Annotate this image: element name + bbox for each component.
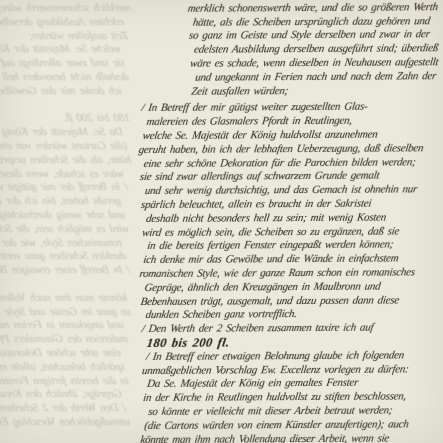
bleedthrough-line: könnte man ihm nach Vollendung dieser Ar… [0,292,132,306]
bleedthrough-line: unmaßgeblichen Vorschlag Ew. Excellenz v… [0,416,132,430]
manuscript-line: / In Betreff einer etwaigen Belohnung gl… [145,349,443,365]
manuscript-line: Zeit ausfallen würden; [190,84,443,100]
paragraph-3: / In Betreff einer etwaigen Belohnung gl… [139,349,443,443]
bleedthrough-line: / Den Werth der 2 Scheiben zusammen taxi… [0,402,132,416]
bleedthrough-line: 180 bis 200 fl. [0,112,132,126]
bleedthrough-line: und sehr wenig durchsichtig, und das Gem… [0,209,132,223]
recto-handwriting: nmw unvm wnu mnvw umn wvnum nwm uvn mwnu… [137,0,443,443]
manuscript-line: romanischen Style, wie der ganze Raum sc… [138,266,443,282]
bleedthrough-line: hätte, als die Scheiben ursprünglich daz… [0,154,132,168]
bleedthrough-line: wird es möglich sein, die Scheiben so zu… [0,223,132,237]
bleedthrough-line: ich denke mir das Gewölbe und die Wände … [0,85,132,99]
bleedthrough-line: Da Se. Majestät der König ein gemaltes F… [0,126,132,140]
bleedthrough-line: eine sehr schöne Dekoration für die Paro… [0,347,132,361]
bleedthrough-line: malereien des Glasmalers Pfordt in Reutl… [0,333,132,347]
bleedthrough-line: Zeit ausfallen würden; [0,30,132,44]
bleedthrough-line: Gepräge, ähnlich den Kreuzgängen in Maul… [0,388,132,402]
manuscript-line: deshalb nicht besonders hell zu sein; mi… [145,211,443,227]
manuscript-line: merklich schonenswerth wäre, und die so … [187,1,443,17]
bleedthrough-line: romanischen Style, wie der ganze Raum sc… [0,237,132,251]
manuscript-line: (die Cartons würden von einem Künstler a… [143,418,443,434]
verso-bleedthrough: merklich schonenswerth wäre, und die so … [0,2,132,430]
manuscript-line: geruht haben, bin ich der lebhaften Uebe… [138,142,443,158]
manuscript-line: wäre es schade, wenn dieselben in Neuhau… [189,56,443,72]
bleedthrough-line: geruht haben, bin ich der lebhaften Uebe… [0,195,132,209]
bleedthrough-line: edelsten Ausbildung derselben ausgeführt… [0,16,132,30]
manuscript-line: so könnte er vielleicht mit dieser Arbei… [147,404,443,420]
manuscript-line: Gepräge, ähnlich den Kreuzgängen in Maul… [143,280,443,296]
paragraph-1: nmw unvm wnu mnvw umn wvnum nwm uvn mwnu… [187,0,443,99]
bleedthrough-line: so ganz im Geiste und Style derselben un… [0,306,132,320]
bleedthrough-line: spärlich beleuchtet, allein es braucht i… [0,361,132,375]
bleedthrough-line: merklich schonenswerth wäre, und die so … [0,2,132,16]
bleedthrough-line: wäre es schade, wenn dieselben in Neuhau… [0,168,132,182]
paragraph-2: / In Betreff der mir gütigst weiter zuge… [137,100,443,350]
bleedthrough-line: / In Betreff einer etwaigen Belohnung gl… [0,264,132,278]
bleedthrough-line: deshalb nicht besonders hell zu sein; mi… [0,71,132,85]
manuscript-line: spärlich beleuchtet, allein es braucht i… [140,197,443,213]
bleedthrough-line: welche Se. Majestät der König huldvollst… [0,43,132,57]
manuscript-line: und ungekannt in Ferien nach und nach de… [194,70,443,85]
manuscript-line: könnte man ihm nach Vollendung dieser Ar… [139,431,443,443]
manuscript-line: edelsten Ausbildung derselben ausgeführt… [193,42,443,57]
bleedthrough-line: und ungekannt in Ferien nach und nach de… [0,319,132,333]
manuscript-line: welche Se. Majestät der König huldvollst… [142,128,443,144]
bleedthrough-line: sie sind zwar allerdings auf schwarzem G… [0,57,132,71]
emphasized-amount-line: 180 bis 200 fl. [146,335,443,351]
bleedthrough-line: / In Betreff der mir gütigst weiter zuge… [0,181,132,195]
bleedthrough-line: in die bereits fertigen Fenster eingepaß… [0,375,132,389]
bleedthrough-line: (die Cartons würden von einem Künstler a… [0,140,132,154]
manuscript-page: merklich schonenswerth wäre, und die so … [0,0,443,443]
bleedthrough-line: dunklen Scheiben ganz vortrefflich. [0,250,132,264]
